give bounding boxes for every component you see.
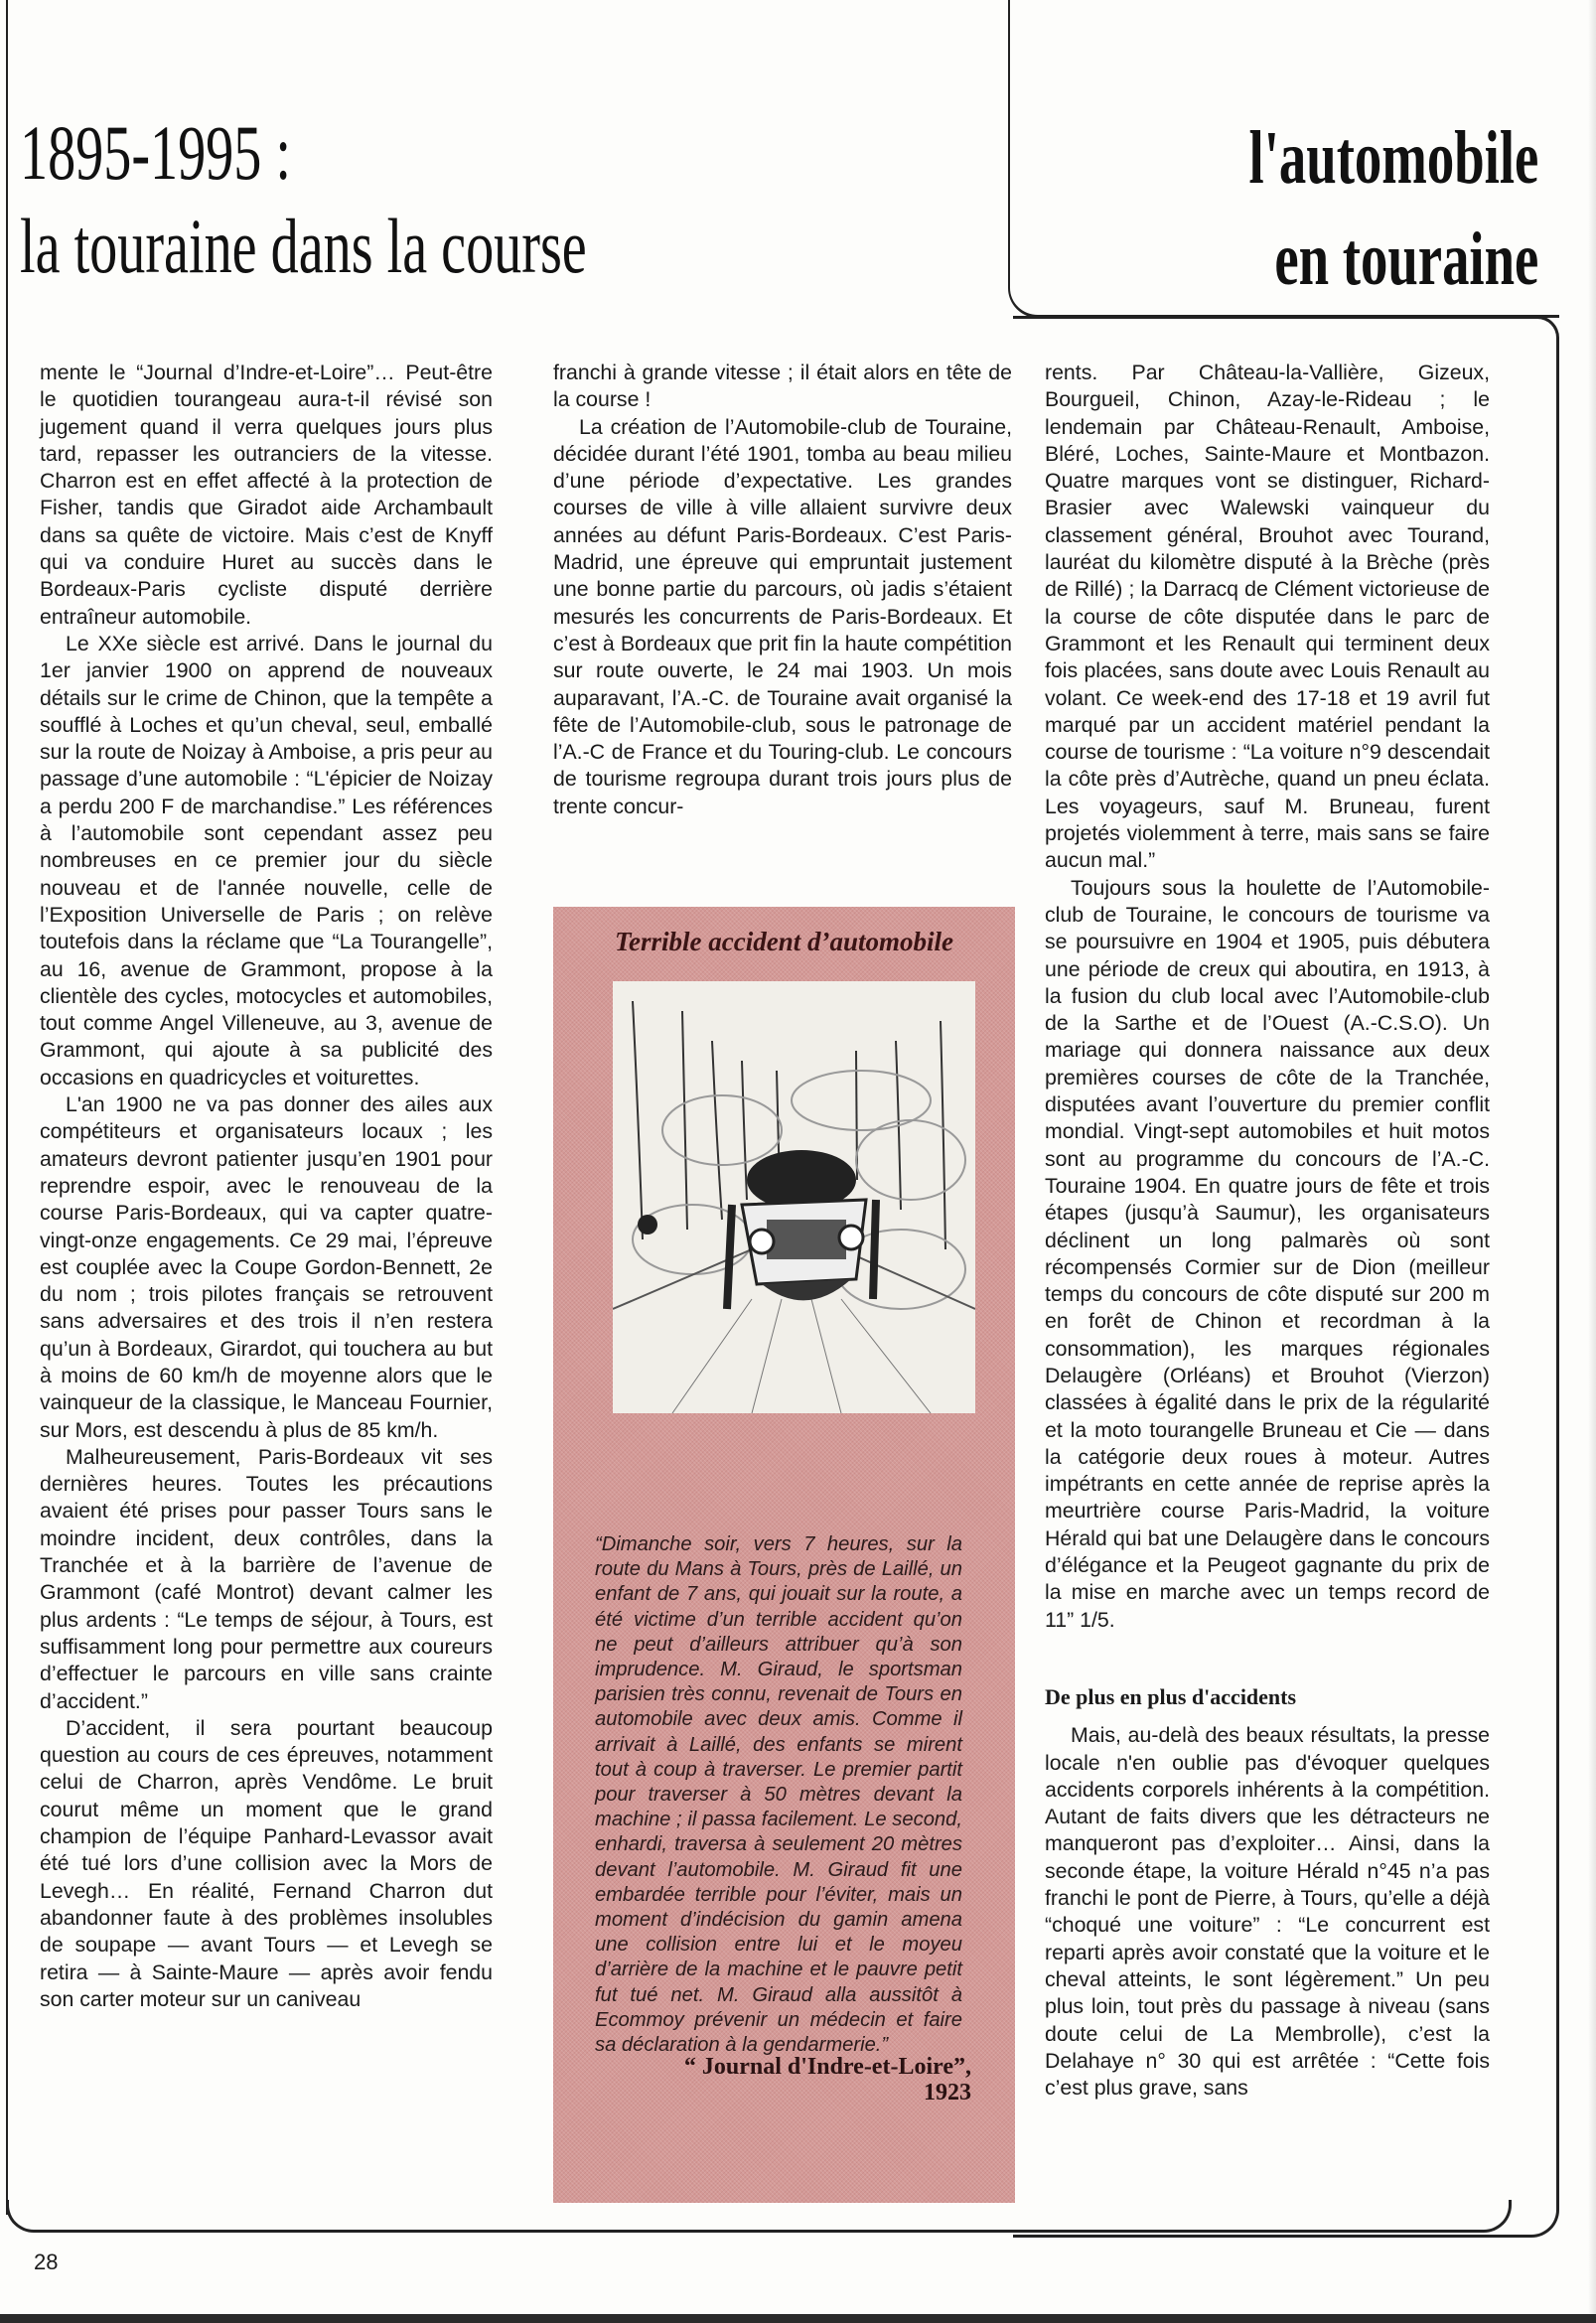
paragraph: franchi à grande vitesse ; il était alor…: [553, 360, 1012, 414]
sidebar-quote: “Dimanche soir, vers 7 heures, sur la ro…: [595, 1532, 962, 2058]
source-title: “ Journal d'Indre-et-Loire”,: [684, 2054, 971, 2080]
paragraph: La création de l’Automobile-club de Tour…: [553, 414, 1012, 820]
car-accident-drawing-icon: [613, 981, 975, 1413]
car-accident-illustration: [613, 981, 975, 1413]
paragraph: rents. Par Château-la-Vallière, Gizeux, …: [1045, 360, 1490, 875]
paragraph: D’accident, il sera pourtant beaucoup qu…: [40, 1715, 493, 2013]
section-title: l'automobile en touraine: [1248, 107, 1538, 310]
section-title-line1: l'automobile: [1248, 107, 1538, 209]
sidebar-source: “ Journal d'Indre-et-Loire”, 1923: [684, 2054, 971, 2105]
paragraph: Malheureusement, Paris-Bordeaux vit ses …: [40, 1444, 493, 1715]
headline-subtitle: la touraine dans la course: [20, 197, 587, 296]
subheading: De plus en plus d'accidents: [1045, 1683, 1490, 1710]
article-headline: 1895-1995 : la touraine dans la course: [20, 109, 587, 296]
paragraph: L'an 1900 ne va pas donner des ailes aux…: [40, 1091, 493, 1444]
paragraph: Mais, au-delà des beaux résultats, la pr…: [1045, 1722, 1490, 2102]
source-year: 1923: [684, 2080, 971, 2105]
paragraph: mente le “Journal d’Indre-et-Loire”… Peu…: [40, 360, 493, 631]
headline-years: 1895-1995 :: [20, 109, 587, 197]
scan-bottom-edge: [0, 2314, 1596, 2323]
paragraph: Le XXe siècle est arrivé. Dans le journa…: [40, 631, 493, 1091]
article-column-2: franchi à grande vitesse ; il était alor…: [553, 360, 1012, 820]
sidebar-title: Terrible accident d’automobile: [553, 927, 1015, 957]
page-number: 28: [34, 2250, 58, 2275]
page-frame-left: [6, 0, 8, 2215]
sidebar-box: Terrible accident d’automobile: [553, 907, 1015, 2203]
page-edge-shadow: [1588, 0, 1596, 2314]
section-title-line2: en touraine: [1248, 209, 1538, 310]
title-divider: [1008, 0, 1010, 288]
article-column-3: rents. Par Château-la-Vallière, Gizeux, …: [1045, 360, 1490, 2102]
paragraph: Toujours sous la houlette de l’Automobil…: [1045, 875, 1490, 1634]
article-column-1: mente le “Journal d’Indre-et-Loire”… Peu…: [40, 360, 493, 2013]
